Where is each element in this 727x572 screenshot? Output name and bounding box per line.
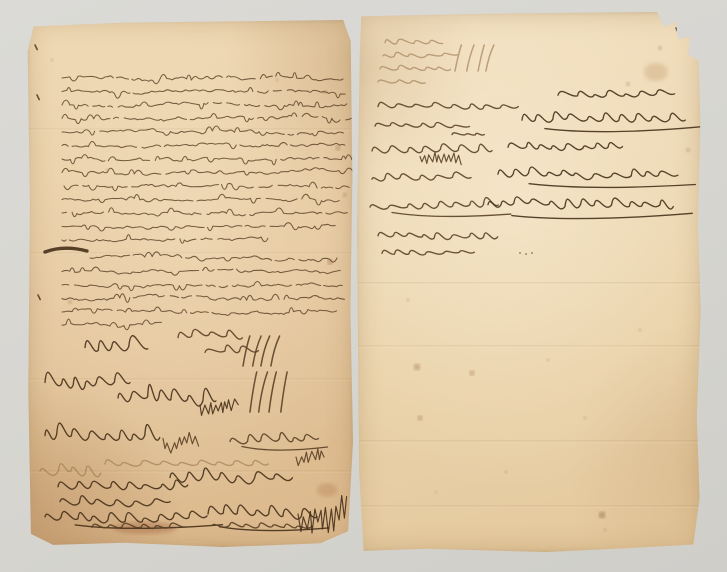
signature-stroke	[420, 152, 461, 165]
fox-spot	[343, 193, 347, 197]
handwriting-line	[62, 100, 350, 110]
fold-highlight	[358, 284, 700, 285]
fox-spot	[604, 529, 607, 532]
handwriting-line	[62, 168, 353, 177]
signature-stroke	[378, 80, 425, 84]
fold-crease	[358, 282, 700, 284]
signature-stroke	[45, 423, 160, 440]
fold-highlight	[358, 442, 700, 443]
right-page-ink	[356, 12, 702, 552]
signature-stroke	[452, 133, 484, 135]
signature-stroke	[38, 295, 40, 300]
signature-stroke	[378, 232, 498, 239]
fold-crease	[358, 440, 700, 442]
signature-stroke	[60, 496, 170, 507]
ink-dot	[525, 253, 527, 255]
signature-stroke	[372, 172, 471, 181]
signature-stroke	[370, 198, 511, 217]
handwriting-line	[62, 72, 343, 83]
left-page-ink	[27, 20, 353, 547]
handwriting-line	[62, 88, 345, 99]
signature-stroke	[85, 336, 148, 352]
handwriting-line	[62, 319, 162, 330]
fold-crease	[358, 345, 700, 347]
handwriting-line	[62, 155, 352, 165]
handwriting-line	[62, 223, 335, 231]
handwriting-line	[62, 194, 342, 205]
signature-stroke	[488, 197, 692, 219]
fox-spot	[68, 300, 72, 304]
fold-crease	[29, 252, 351, 254]
fox-spot	[414, 364, 420, 370]
signature-stroke	[200, 399, 238, 415]
signature-stroke	[58, 480, 188, 490]
handwriting-line	[62, 282, 347, 291]
signature-stroke	[45, 372, 130, 389]
signature-stroke	[205, 345, 258, 353]
signature-stroke	[212, 523, 312, 529]
signature-stroke	[178, 329, 242, 339]
paper-stain	[644, 63, 668, 81]
fox-spot	[658, 46, 662, 50]
fold-crease	[29, 128, 351, 130]
fox-spot	[407, 299, 410, 302]
signature-stroke	[118, 384, 216, 406]
signature-stroke	[380, 65, 451, 70]
fox-spot	[626, 82, 630, 86]
handwriting-line	[62, 307, 337, 315]
signature-stroke	[372, 144, 492, 153]
fox-spot	[547, 359, 550, 362]
fox-spot	[639, 329, 642, 332]
signature-stroke	[382, 250, 474, 255]
fox-spot	[599, 512, 605, 518]
signature-stroke	[385, 39, 443, 44]
manuscript-right-page	[356, 12, 702, 552]
fox-spot	[584, 417, 587, 420]
signature-stroke	[378, 102, 518, 109]
signature-stroke	[45, 248, 87, 252]
handwriting-line	[62, 267, 340, 275]
ink-dot	[519, 252, 521, 254]
ink-dot	[531, 252, 533, 254]
signature-stroke	[163, 432, 199, 453]
signature-stroke	[455, 45, 494, 71]
signature-stroke	[676, 28, 678, 33]
handwriting-line	[62, 294, 344, 303]
fold-highlight	[358, 347, 700, 348]
signature-stroke	[375, 122, 470, 127]
manuscript-photo: Photograph of a two-leaf 17th-century ha…	[0, 0, 727, 572]
fold-highlight	[358, 507, 700, 508]
signature-stroke	[522, 112, 702, 132]
handwriting-line	[62, 113, 352, 124]
fox-spot	[470, 371, 475, 376]
handwriting-line	[62, 126, 343, 136]
signature-stroke	[383, 52, 457, 57]
manuscript-left-page	[27, 20, 353, 547]
fox-spot	[686, 148, 690, 152]
signature-stroke	[37, 95, 39, 100]
fox-spot	[505, 471, 508, 474]
signature-stroke	[498, 167, 695, 187]
signature-stroke	[105, 460, 269, 466]
handwriting-line	[62, 208, 347, 217]
handwriting-line	[64, 182, 349, 191]
fox-spot	[336, 146, 341, 151]
signature-stroke	[508, 142, 623, 150]
fox-spot	[435, 491, 438, 494]
signature-stroke	[558, 90, 675, 97]
signature-stroke	[243, 336, 280, 366]
fold-highlight	[29, 130, 351, 131]
fold-crease	[358, 505, 700, 507]
fox-spot	[276, 79, 279, 82]
signature-stroke	[296, 449, 324, 466]
paper-stain	[317, 483, 337, 497]
handwriting-line	[62, 142, 345, 149]
signature-stroke	[230, 433, 328, 451]
handwriting-line	[62, 235, 268, 244]
fold-highlight	[29, 254, 351, 255]
fox-spot	[418, 416, 423, 421]
fox-spot	[51, 59, 54, 62]
signature-stroke	[35, 45, 37, 50]
